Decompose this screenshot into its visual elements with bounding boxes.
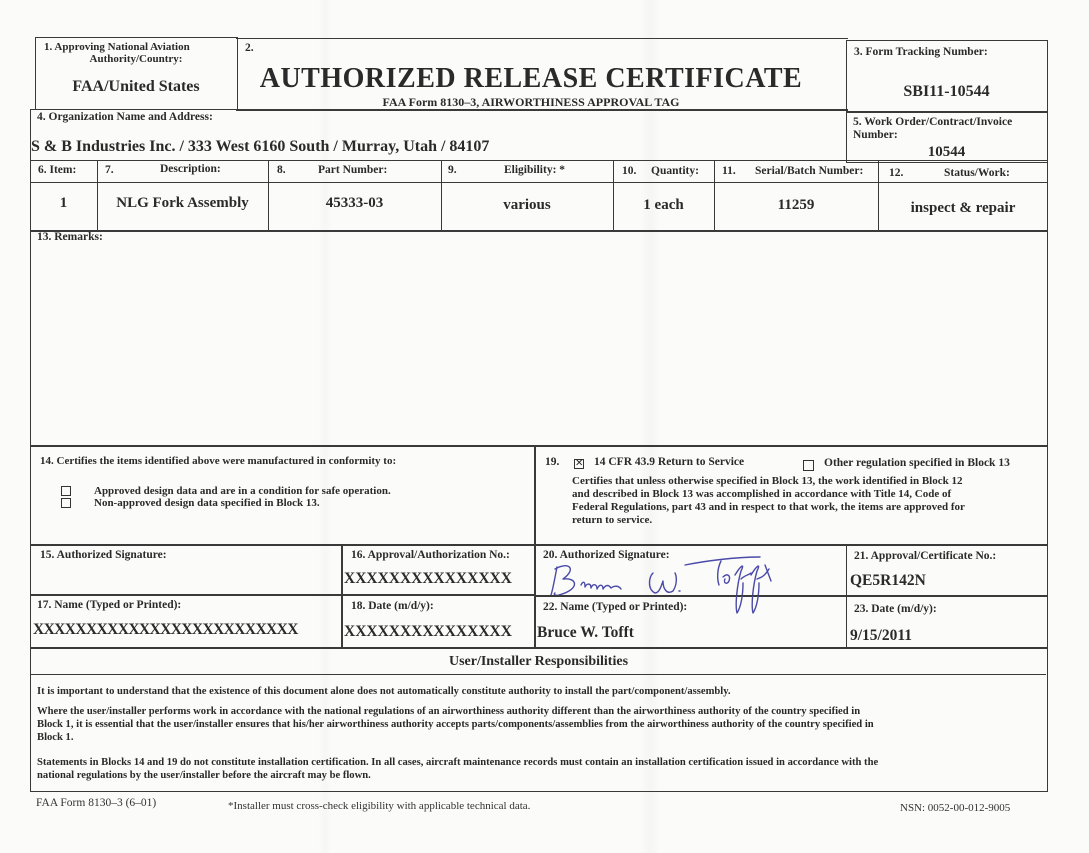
block-20-signature: 20. Authorized Signature: [534,544,847,597]
block-2-label: 2. [245,42,254,54]
block-1-label-2: Authority/Country: [36,53,236,65]
approval-number-value: XXXXXXXXXXXXXXX [344,570,512,588]
block-1-approving-authority: 1. Approving National Aviation Authority… [35,37,238,110]
block-21-certificate-number: 21. Approval/Certificate No.: QE5R142N [846,544,1048,597]
name-value: XXXXXXXXXXXXXXXXXXXXXXXXX [33,621,298,639]
block-22-name: 22. Name (Typed or Printed): Bruce W. To… [534,595,847,649]
col-header-part-number-num: 8. [277,164,286,176]
divider [31,674,1046,675]
responsibilities-paragraph-2: Where the user/installer performs work i… [37,705,874,744]
authority-country-value: FAA/United States [36,78,236,96]
return-to-service-label: 14 CFR 43.9 Return to Service [594,456,744,468]
col-header-eligibility: Eligibility: * [504,164,565,176]
col-header-description-num: 7. [105,164,114,176]
block-23-date: 23. Date (m/d/y): 9/15/2011 [846,595,1048,649]
divider [613,160,614,232]
block-14-label: 14. Certifies the items identified above… [40,455,396,467]
responsibilities-paragraph-3: Statements in Blocks 14 and 19 do not co… [37,756,878,782]
block-1-label: 1. Approving National Aviation [44,41,190,53]
divider [878,160,879,232]
divider [714,160,715,232]
block-15-label: 15. Authorized Signature: [40,549,167,561]
block-19-return-to-service: 19. ✕ 14 CFR 43.9 Return to Service Othe… [534,445,1048,546]
col-header-part-number: Part Number: [318,164,387,176]
page-title: AUTHORIZED RELEASE CERTIFICATE [236,63,826,95]
checkbox-icon [61,498,71,508]
block-16-label: 16. Approval/Authorization No.: [351,549,510,561]
non-approved-design-checkbox[interactable] [61,494,71,512]
responsibilities-paragraph-1: It is important to understand that the e… [37,685,731,698]
nsn-number: NSN: 0052-00-012-9005 [900,802,1010,814]
block-18-date: 18. Date (m/d/y): XXXXXXXXXXXXXXX [341,594,536,649]
block-22-label: 22. Name (Typed or Printed): [543,601,687,613]
block-13-remarks: 13. Remarks: [30,230,1048,447]
block-23-label: 23. Date (m/d/y): [854,603,937,615]
responsibilities-section: User/Installer Responsibilities It is im… [30,647,1048,792]
block-5-label-2: Number: [853,129,898,141]
x-mark-icon: ✕ [574,459,584,469]
block-17-label: 17. Name (Typed or Printed): [37,599,181,611]
return-to-service-checkbox[interactable]: ✕ [574,455,584,473]
divider [441,160,442,232]
certificate-number-value: QE5R142N [850,572,926,590]
part-number-value: 45333-03 [268,195,441,212]
block-19-text: Certifies that unless otherwise specifie… [572,475,965,527]
page-subtitle: FAA Form 8130–3, AIRWORTHINESS APPROVAL … [236,95,826,110]
col-header-serial-num: 11. [722,165,736,177]
block-19-label: 19. [545,456,559,468]
block-5-label: 5. Work Order/Contract/Invoice [853,116,1012,128]
col-header-serial: Serial/Batch Number: [755,165,863,177]
block-15-signature: 15. Authorized Signature: [30,544,343,596]
col-header-description: Description: [160,163,221,175]
eligibility-footnote: *Installer must cross-check eligibility … [228,800,530,812]
block-17-name: 17. Name (Typed or Printed): XXXXXXXXXXX… [30,594,343,649]
serial-value: 11259 [714,197,878,214]
organization-address-value: S & B Industries Inc. / 333 West 6160 So… [31,138,489,156]
block-2-title: 2. AUTHORIZED RELEASE CERTIFICATE FAA Fo… [236,38,848,111]
work-order-value: 10544 [847,144,1046,161]
block-5-work-order: 5. Work Order/Contract/Invoice Number: 1… [846,111,1048,163]
status-value: inspect & repair [878,200,1048,217]
col-header-status-num: 12. [889,167,903,179]
checkbox-icon [803,460,814,471]
block-21-label: 21. Approval/Certificate No.: [854,550,996,562]
approved-design-label: Approved design data and are in a condit… [94,485,391,497]
block-4-label: 4. Organization Name and Address: [37,111,213,123]
form-id: FAA Form 8130–3 (6–01) [36,797,156,809]
non-approved-design-label: Non-approved design data specified in Bl… [94,497,320,509]
col-header-eligibility-num: 9. [448,164,457,176]
block-3-label: 3. Form Tracking Number: [854,46,988,58]
quantity-value: 1 each [613,197,714,214]
block-14-conformity: 14. Certifies the items identified above… [30,445,536,546]
other-regulation-label: Other regulation specified in Block 13 [824,457,1010,469]
item-value: 1 [30,195,97,212]
signed-date-value: 9/15/2011 [850,627,912,645]
block-4-organization: 4. Organization Name and Address: S & B … [30,109,848,161]
other-regulation-checkbox[interactable] [803,456,814,474]
block-13-label: 13. Remarks: [37,231,103,243]
col-header-quantity-num: 10. [622,165,636,177]
responsibilities-title: User/Installer Responsibilities [31,654,1046,670]
printed-name-value: Bruce W. Tofft [537,624,634,642]
eligibility-value: various [441,197,613,214]
col-header-status: Status/Work: [944,167,1010,179]
date-value: XXXXXXXXXXXXXXX [344,623,512,641]
description-value: NLG Fork Assembly [97,195,268,212]
tracking-number-value: SBI11-10544 [847,83,1046,101]
block-16-approval-number: 16. Approval/Authorization No.: XXXXXXXX… [341,544,536,596]
col-header-item: 6. Item: [38,164,76,176]
divider [30,182,1048,183]
block-18-label: 18. Date (m/d/y): [351,600,434,612]
block-3-tracking-number: 3. Form Tracking Number: SBI11-10544 [846,40,1048,113]
col-header-quantity: Quantity: [651,165,699,177]
